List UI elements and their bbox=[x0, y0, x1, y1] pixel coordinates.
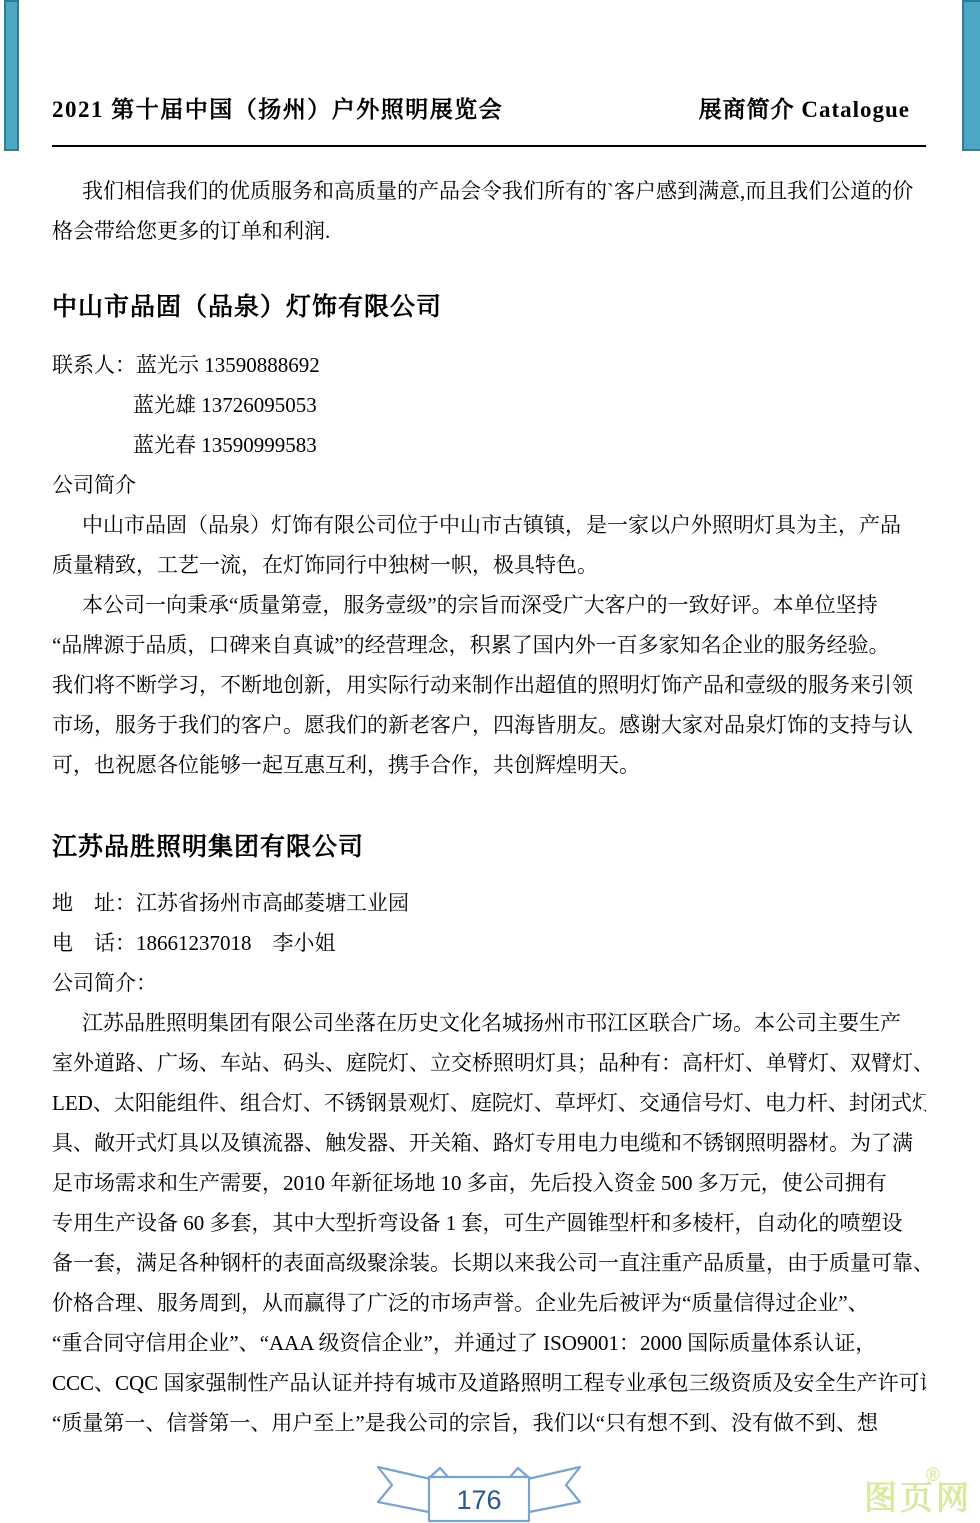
paragraph-line: 市场，服务于我们的客户。愿我们的新老客户，四海皆朋友。感谢大家对品泉灯饰的支持与… bbox=[52, 705, 926, 745]
ribbon-graphic: 176 bbox=[377, 1461, 581, 1523]
header-rule bbox=[52, 145, 926, 147]
address-line: 地 址：江苏省扬州市高邮菱塘工业园 bbox=[52, 883, 926, 923]
paragraph-line: 足市场需求和生产需要，2010 年新征场地 10 多亩，先后投入资金 500 多… bbox=[52, 1163, 926, 1203]
paragraph-line: 江苏品胜照明集团有限公司坐落在历史文化名城扬州市邗江区联合广场。本公司主要生产 bbox=[52, 1003, 926, 1043]
paragraph-line: 本公司一向秉承“质量第壹，服务壹级”的宗旨而深受广大客户的一致好评。本单位坚持 bbox=[52, 585, 926, 625]
profile-label: 公司简介： bbox=[52, 963, 926, 1003]
company-1-contacts: 联系人：蓝光示 13590888692 蓝光雄 13726095053 蓝光春 … bbox=[52, 345, 926, 505]
company-1-paragraph-2: 本公司一向秉承“质量第壹，服务壹级”的宗旨而深受广大客户的一致好评。本单位坚持“… bbox=[52, 585, 926, 785]
page-number: 176 bbox=[456, 1485, 501, 1515]
catalogue-page: 2021 第十届中国（扬州）户外照明展览会 展商简介 Catalogue 我们相… bbox=[0, 0, 980, 1523]
paragraph-line: 我们将不断学习，不断地创新，用实际行动来制作出超值的照明灯饰产品和壹级的服务来引… bbox=[52, 665, 926, 705]
paragraph-line: “重合同守信用企业”、“AAA 级资信企业”，并通过了 ISO9001：2000… bbox=[52, 1323, 926, 1363]
paragraph-line: 中山市品固（品泉）灯饰有限公司位于中山市古镇镇，是一家以户外照明灯具为主，产品 bbox=[52, 505, 926, 545]
paragraph-line: 价格合理、服务周到，从而赢得了广泛的市场声誉。企业先后被评为“质量信得过企业”、 bbox=[52, 1283, 926, 1323]
phone-line: 电 话：18661237018 李小姐 bbox=[52, 923, 926, 963]
page-number-ribbon: 176 bbox=[377, 1461, 581, 1523]
paragraph-line: 可，也祝愿各位能够一起互惠互利，携手合作，共创辉煌明天。 bbox=[52, 745, 926, 785]
paragraph-line: 质量精致，工艺一流，在灯饰同行中独树一帜，极具特色。 bbox=[52, 545, 926, 585]
paragraph-line: LED、太阳能组件、组合灯、不锈钢景观灯、庭院灯、草坪灯、交通信号灯、电力杆、封… bbox=[52, 1083, 926, 1123]
catalogue-label: 展商简介 Catalogue bbox=[699, 94, 910, 126]
intro-paragraph: 我们相信我们的优质服务和高质量的产品会令我们所有的`客户感到满意,而且我们公道的… bbox=[52, 171, 926, 251]
paragraph-line: 具、敞开式灯具以及镇流器、触发器、开关箱、路灯专用电力电缆和不锈钢照明器材。为了… bbox=[52, 1123, 926, 1163]
left-accent-bar bbox=[4, 0, 19, 151]
contact-person-line: 蓝光春 13590999583 bbox=[52, 425, 926, 465]
watermark: 图页网 ® bbox=[864, 1481, 972, 1514]
company-1-name: 中山市品固（品泉）灯饰有限公司 bbox=[52, 291, 926, 325]
company-2-name: 江苏品胜照明集团有限公司 bbox=[52, 831, 926, 865]
paragraph-line: “品牌源于品质，口碑来自真诚”的经营理念，积累了国内外一百多家知名企业的服务经验… bbox=[52, 625, 926, 665]
right-accent-bar bbox=[962, 0, 980, 151]
watermark-text: 图页网 bbox=[864, 1479, 972, 1516]
paragraph-line: 我们相信我们的优质服务和高质量的产品会令我们所有的`客户感到满意,而且我们公道的… bbox=[52, 171, 926, 211]
contact-person-line: 联系人：蓝光示 13590888692 bbox=[52, 345, 926, 385]
company-2-contacts: 地 址：江苏省扬州市高邮菱塘工业园 电 话：18661237018 李小姐 公司… bbox=[52, 883, 926, 1003]
paragraph-line: 室外道路、广场、车站、码头、庭院灯、立交桥照明灯具；品种有：高杆灯、单臂灯、双臂… bbox=[52, 1043, 926, 1083]
exhibition-title: 2021 第十届中国（扬州）户外照明展览会 bbox=[52, 94, 503, 126]
company-2-profile-paragraph: 江苏品胜照明集团有限公司坐落在历史文化名城扬州市邗江区联合广场。本公司主要生产室… bbox=[52, 1003, 926, 1443]
paragraph-line: 专用生产设备 60 多套，其中大型折弯设备 1 套，可生产圆锥型杆和多棱杆，自动… bbox=[52, 1203, 926, 1243]
paragraph-line: 格会带给您更多的订单和利润. bbox=[52, 211, 926, 251]
page-content: 2021 第十届中国（扬州）户外照明展览会 展商简介 Catalogue 我们相… bbox=[52, 0, 926, 1443]
profile-label: 公司简介 bbox=[52, 465, 926, 505]
company-1-paragraph-1: 中山市品固（品泉）灯饰有限公司位于中山市古镇镇，是一家以户外照明灯具为主，产品质… bbox=[52, 505, 926, 585]
registered-mark: ® bbox=[926, 1466, 940, 1485]
page-header: 2021 第十届中国（扬州）户外照明展览会 展商简介 Catalogue bbox=[52, 0, 926, 126]
contact-person-line: 蓝光雄 13726095053 bbox=[52, 385, 926, 425]
paragraph-line: “质量第一、信誉第一、用户至上”是我公司的宗旨，我们以“只有想不到、没有做不到、… bbox=[52, 1403, 926, 1443]
paragraph-line: 备一套，满足各种钢杆的表面高级聚涂装。长期以来我公司一直注重产品质量，由于质量可… bbox=[52, 1243, 926, 1283]
paragraph-line: CCC、CQC 国家强制性产品认证并持有城市及道路照明工程专业承包三级资质及安全… bbox=[52, 1363, 926, 1403]
